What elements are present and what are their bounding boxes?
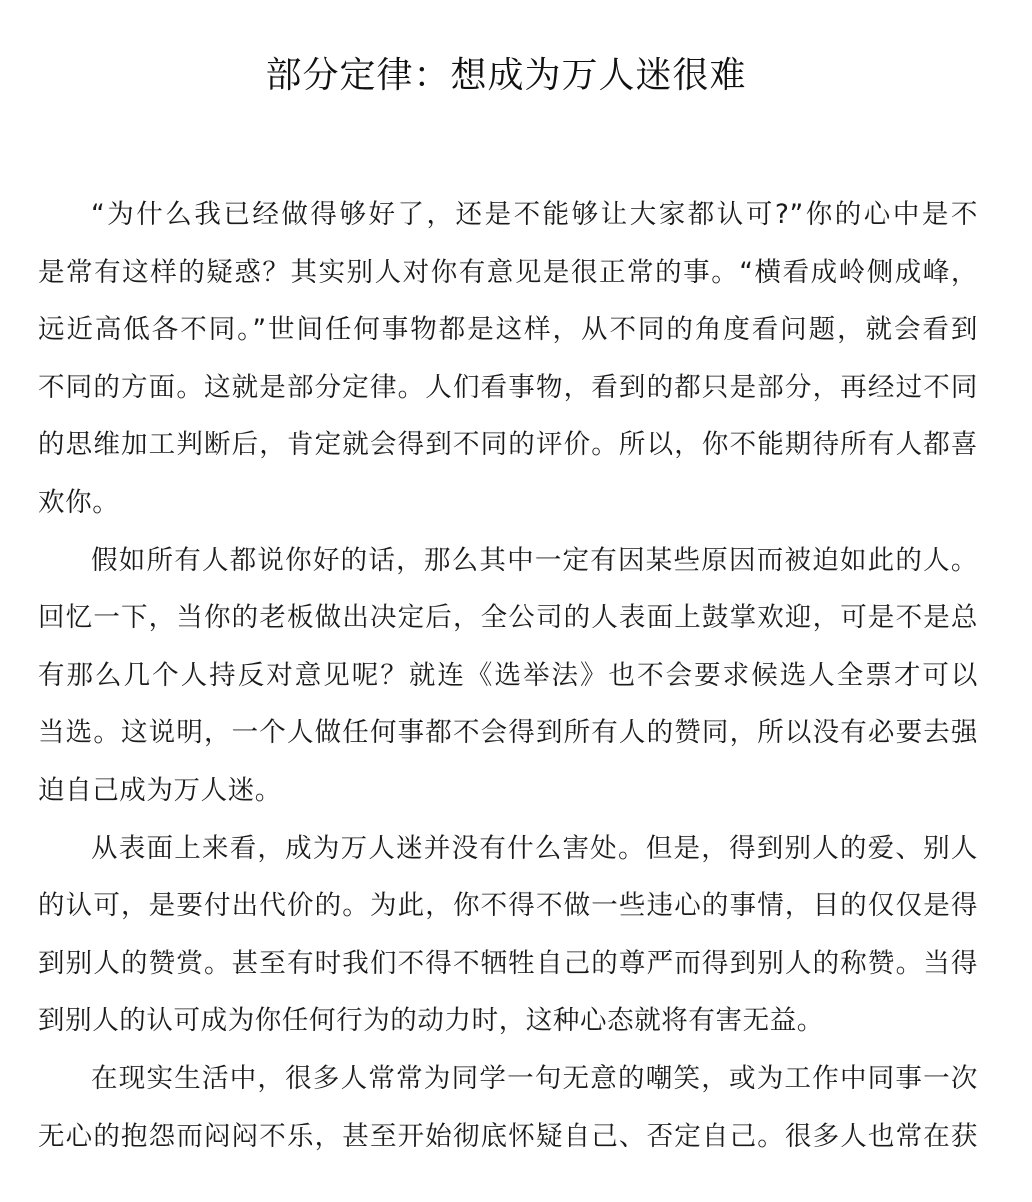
text-line: 从表面上来看，成为万人迷并没有什么害处。但是，得到别人的爱、别人	[38, 820, 978, 878]
text-line: 不同的方面。这就是部分定律。人们看事物，看到的都只是部分，再经过不同	[38, 359, 978, 417]
paragraph-3: 从表面上来看，成为万人迷并没有什么害处。但是，得到别人的爱、别人 的认可，是要付…	[38, 820, 978, 1050]
body-text: “为什么我已经做得够好了，还是不能够让大家都认可?”你的心中是不 是常有这样的疑…	[38, 186, 978, 1165]
text-line: 无心的抱怨而闷闷不乐，甚至开始彻底怀疑自己、否定自己。很多人也常在获	[38, 1108, 978, 1166]
text-line: 回忆一下，当你的老板做出决定后，全公司的人表面上鼓掌欢迎，可是不是总	[38, 589, 978, 647]
text-line: “为什么我已经做得够好了，还是不能够让大家都认可?”你的心中是不	[38, 186, 978, 244]
text-line: 假如所有人都说你好的话，那么其中一定有因某些原因而被迫如此的人。	[38, 532, 978, 590]
text-line: 的认可，是要付出代价的。为此，你不得不做一些违心的事情，目的仅仅是得	[38, 877, 978, 935]
text-line: 在现实生活中，很多人常常为同学一句无意的嘲笑，或为工作中同事一次	[38, 1050, 978, 1108]
text-line: 到别人的认可成为你任何行为的动力时，这种心态就将有害无益。	[38, 992, 978, 1050]
paragraph-1: “为什么我已经做得够好了，还是不能够让大家都认可?”你的心中是不 是常有这样的疑…	[38, 186, 978, 532]
paragraph-4: 在现实生活中，很多人常常为同学一句无意的嘲笑，或为工作中同事一次 无心的抱怨而闷…	[38, 1050, 978, 1165]
text-line: 有那么几个人持反对意见呢？就连《选举法》也不会要求候选人全票才可以	[38, 647, 978, 705]
text-line: 欢你。	[38, 474, 978, 532]
page-title: 部分定律：想成为万人迷很难	[0, 52, 1012, 100]
paragraph-2: 假如所有人都说你好的话，那么其中一定有因某些原因而被迫如此的人。 回忆一下，当你…	[38, 532, 978, 820]
text-line: 当选。这说明，一个人做任何事都不会得到所有人的赞同，所以没有必要去强	[38, 704, 978, 762]
document-page: 部分定律：想成为万人迷很难 “为什么我已经做得够好了，还是不能够让大家都认可?”…	[0, 0, 1032, 1202]
text-line: 是常有这样的疑惑？其实别人对你有意见是很正常的事。“横看成岭侧成峰，	[38, 244, 978, 302]
text-line: 的思维加工判断后，肯定就会得到不同的评价。所以，你不能期待所有人都喜	[38, 416, 978, 474]
text-line: 远近高低各不同。”世间任何事物都是这样，从不同的角度看问题，就会看到	[38, 301, 978, 359]
text-line: 迫自己成为万人迷。	[38, 762, 978, 820]
text-line: 到别人的赞赏。甚至有时我们不得不牺牲自己的尊严而得到别人的称赞。当得	[38, 935, 978, 993]
